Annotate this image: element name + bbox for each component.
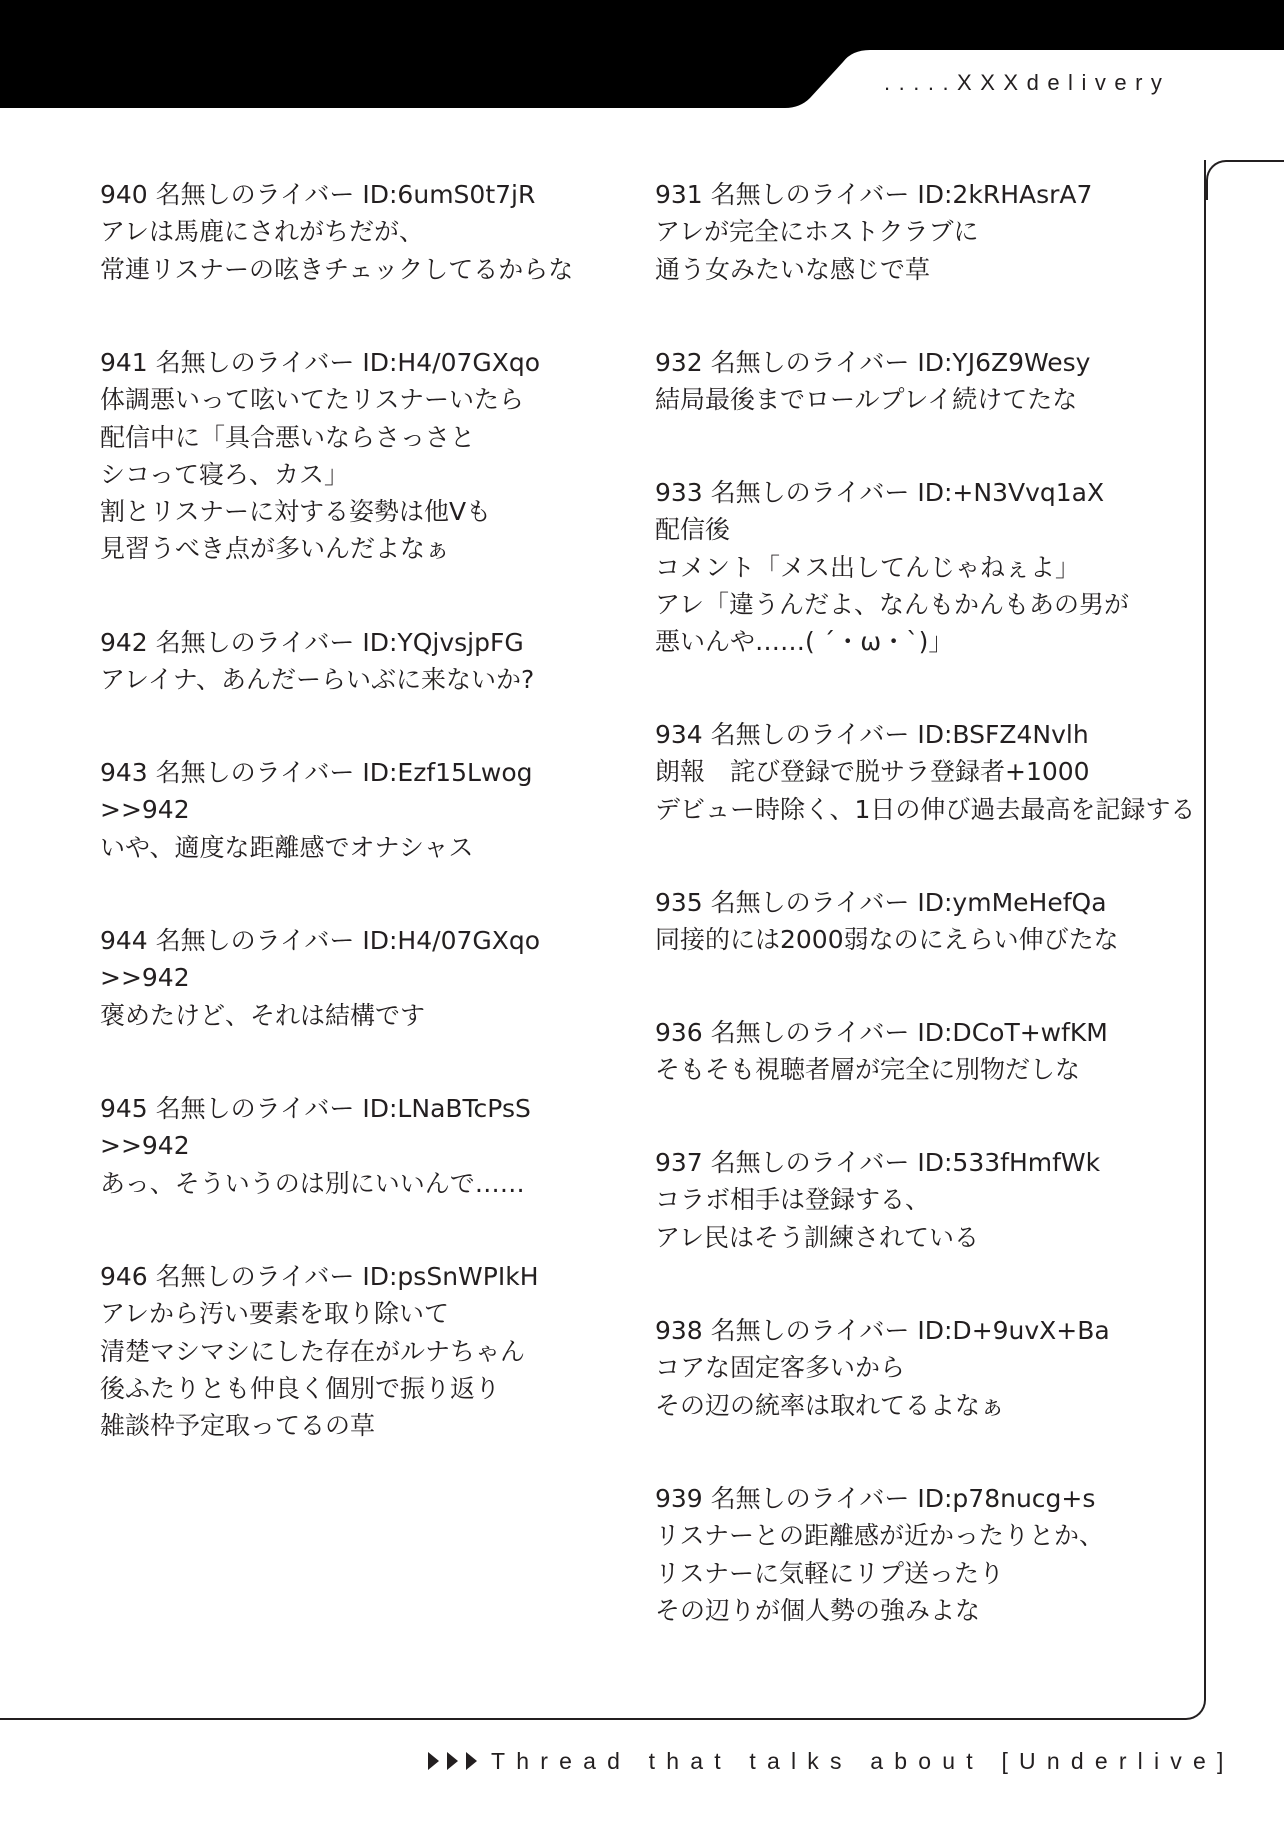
post-body-line: 見習うべき点が多いんだよなぁ xyxy=(100,530,540,567)
page-frame-top-corner xyxy=(1206,160,1284,200)
post-body-line: アレから汚い要素を取り除いて xyxy=(100,1295,539,1332)
post-author: 名無しのライバー xyxy=(711,1148,910,1177)
thread-post: 940 名無しのライバー ID:6umS0t7jRアレは馬鹿にされがちだが、常連… xyxy=(100,176,573,288)
thread-post: 936 名無しのライバー ID:DCoT+wfKMそもそも視聴者層が完全に別物だ… xyxy=(655,1014,1108,1089)
triple-arrow-icon xyxy=(428,1752,477,1770)
header-label: .....XXXdelivery xyxy=(884,70,1170,96)
post-body-line: 配信後 xyxy=(655,511,1129,548)
post-header: 932 名無しのライバー ID:YJ6Z9Wesy xyxy=(655,344,1090,381)
post-body-line: アレ「違うんだよ、なんもかんもあの男が xyxy=(655,586,1129,623)
thread-post: 937 名無しのライバー ID:533fHmfWkコラボ相手は登録する、アレ民は… xyxy=(655,1144,1100,1256)
post-body-line: 朗報 詫び登録で脱サラ登録者+1000 xyxy=(655,753,1195,790)
thread-post: 932 名無しのライバー ID:YJ6Z9Wesy結局最後までロールプレイ続けて… xyxy=(655,344,1090,419)
post-id: ID:533fHmfWk xyxy=(917,1148,1100,1177)
post-id: ID:DCoT+wfKM xyxy=(917,1018,1107,1047)
post-body-line: コアな固定客多いから xyxy=(655,1349,1110,1386)
post-header: 943 名無しのライバー ID:Ezf15Lwog xyxy=(100,754,533,791)
post-body-line: あっ、そういうのは別にいいんで…… xyxy=(100,1165,531,1202)
post-number: 933 xyxy=(655,478,703,507)
post-author: 名無しのライバー xyxy=(156,1262,355,1291)
thread-post: 941 名無しのライバー ID:H4/07GXqo体調悪いって呟いてたリスナーい… xyxy=(100,344,540,568)
post-author: 名無しのライバー xyxy=(711,720,910,749)
post-body-line: 清楚マシマシにした存在がルナちゃん xyxy=(100,1333,539,1370)
thread-post: 934 名無しのライバー ID:BSFZ4Nvlh朗報 詫び登録で脱サラ登録者+… xyxy=(655,716,1195,828)
post-number: 936 xyxy=(655,1018,703,1047)
post-author: 名無しのライバー xyxy=(156,1094,355,1123)
post-body-line: 悪いんや……( ´・ω・`)」 xyxy=(655,623,1129,660)
post-body-line: その辺の統率は取れてるよなぁ xyxy=(655,1387,1110,1424)
post-id: ID:Ezf15Lwog xyxy=(362,758,532,787)
footer-title: Thread that talks about [Underlive] xyxy=(491,1748,1235,1775)
post-header: 939 名無しのライバー ID:p78nucg+s xyxy=(655,1480,1104,1517)
post-id: ID:YQjvsjpFG xyxy=(362,628,523,657)
post-number: 941 xyxy=(100,348,148,377)
post-body-line: アレは馬鹿にされがちだが、 xyxy=(100,213,573,250)
post-number: 946 xyxy=(100,1262,148,1291)
post-header: 945 名無しのライバー ID:LNaBTcPsS xyxy=(100,1090,531,1127)
thread-post: 943 名無しのライバー ID:Ezf15Lwog>>942いや、適度な距離感で… xyxy=(100,754,533,866)
post-author: 名無しのライバー xyxy=(711,180,910,209)
thread-post: 939 名無しのライバー ID:p78nucg+sリスナーとの距離感が近かったり… xyxy=(655,1480,1104,1629)
post-author: 名無しのライバー xyxy=(156,926,355,955)
arrow-right-icon xyxy=(466,1752,477,1770)
post-body-line: 割とリスナーに対する姿勢は他Vも xyxy=(100,493,540,530)
post-body-line: シコって寝ろ、カス」 xyxy=(100,456,540,493)
post-header: 937 名無しのライバー ID:533fHmfWk xyxy=(655,1144,1100,1181)
thread-post: 938 名無しのライバー ID:D+9uvX+Baコアな固定客多いからその辺の統… xyxy=(655,1312,1110,1424)
post-id: ID:BSFZ4Nvlh xyxy=(917,720,1088,749)
post-body-line: その辺りが個人勢の強みよな xyxy=(655,1592,1104,1629)
post-number: 943 xyxy=(100,758,148,787)
post-reply-anchor[interactable]: >>942 xyxy=(100,959,540,996)
post-id: ID:+N3Vvq1aX xyxy=(917,478,1104,507)
post-id: ID:psSnWPIkH xyxy=(362,1262,538,1291)
post-header: 933 名無しのライバー ID:+N3Vvq1aX xyxy=(655,474,1129,511)
post-body-line: 通う女みたいな感じで草 xyxy=(655,251,1092,288)
post-id: ID:YJ6Z9Wesy xyxy=(917,348,1090,377)
post-author: 名無しのライバー xyxy=(156,348,355,377)
post-body-line: アレイナ、あんだーらいぶに来ないか? xyxy=(100,661,534,698)
post-header: 941 名無しのライバー ID:H4/07GXqo xyxy=(100,344,540,381)
thread-post: 933 名無しのライバー ID:+N3Vvq1aX配信後コメント「メス出してんじ… xyxy=(655,474,1129,660)
post-body-line: 同接的には2000弱なのにえらい伸びたな xyxy=(655,921,1119,958)
post-body-line: 結局最後までロールプレイ続けてたな xyxy=(655,381,1090,418)
post-id: ID:H4/07GXqo xyxy=(362,926,540,955)
post-author: 名無しのライバー xyxy=(156,180,355,209)
post-id: ID:ymMeHefQa xyxy=(917,888,1106,917)
post-author: 名無しのライバー xyxy=(156,758,355,787)
post-number: 935 xyxy=(655,888,703,917)
post-number: 942 xyxy=(100,628,148,657)
post-author: 名無しのライバー xyxy=(711,1018,910,1047)
post-author: 名無しのライバー xyxy=(156,628,355,657)
post-id: ID:LNaBTcPsS xyxy=(362,1094,530,1123)
post-body-line: リスナーとの距離感が近かったりとか、 xyxy=(655,1517,1104,1554)
post-number: 944 xyxy=(100,926,148,955)
post-id: ID:H4/07GXqo xyxy=(362,348,540,377)
post-author: 名無しのライバー xyxy=(711,478,910,507)
post-body-line: 褒めたけど、それは結構です xyxy=(100,997,540,1034)
post-body-line: リスナーに気軽にリプ送ったり xyxy=(655,1555,1104,1592)
post-body-line: 体調悪いって呟いてたリスナーいたら xyxy=(100,381,540,418)
post-body-line: そもそも視聴者層が完全に別物だしな xyxy=(655,1051,1108,1088)
post-number: 939 xyxy=(655,1484,703,1513)
post-body-line: コラボ相手は登録する、 xyxy=(655,1181,1100,1218)
post-reply-anchor[interactable]: >>942 xyxy=(100,1127,531,1164)
post-body-line: 常連リスナーの呟きチェックしてるからな xyxy=(100,251,573,288)
post-header: 936 名無しのライバー ID:DCoT+wfKM xyxy=(655,1014,1108,1051)
post-id: ID:6umS0t7jR xyxy=(362,180,535,209)
post-author: 名無しのライバー xyxy=(711,1484,910,1513)
post-header: 946 名無しのライバー ID:psSnWPIkH xyxy=(100,1258,539,1295)
post-header: 942 名無しのライバー ID:YQjvsjpFG xyxy=(100,624,534,661)
post-number: 931 xyxy=(655,180,703,209)
post-id: ID:D+9uvX+Ba xyxy=(917,1316,1109,1345)
footer: Thread that talks about [Underlive] xyxy=(428,1744,1235,1778)
post-header: 944 名無しのライバー ID:H4/07GXqo xyxy=(100,922,540,959)
post-body-line: デビュー時除く、1日の伸び過去最高を記録する xyxy=(655,791,1195,828)
thread-post: 944 名無しのライバー ID:H4/07GXqo>>942褒めたけど、それは結… xyxy=(100,922,540,1034)
post-body-line: コメント「メス出してんじゃねぇよ」 xyxy=(655,549,1129,586)
post-body-line: 雑談枠予定取ってるの草 xyxy=(100,1407,539,1444)
post-header: 935 名無しのライバー ID:ymMeHefQa xyxy=(655,884,1119,921)
arrow-right-icon xyxy=(428,1752,439,1770)
post-header: 940 名無しのライバー ID:6umS0t7jR xyxy=(100,176,573,213)
post-reply-anchor[interactable]: >>942 xyxy=(100,791,533,828)
post-body-line: 後ふたりとも仲良く個別で振り返り xyxy=(100,1370,539,1407)
post-body-line: 配信中に「具合悪いならさっさと xyxy=(100,419,540,456)
thread-post: 946 名無しのライバー ID:psSnWPIkHアレから汚い要素を取り除いて清… xyxy=(100,1258,539,1444)
post-body-line: いや、適度な距離感でオナシャス xyxy=(100,829,533,866)
post-id: ID:p78nucg+s xyxy=(917,1484,1095,1513)
post-body-line: アレ民はそう訓練されている xyxy=(655,1219,1100,1256)
thread-post: 935 名無しのライバー ID:ymMeHefQa同接的には2000弱なのにえら… xyxy=(655,884,1119,959)
post-header: 934 名無しのライバー ID:BSFZ4Nvlh xyxy=(655,716,1195,753)
arrow-right-icon xyxy=(447,1752,458,1770)
post-id: ID:2kRHAsrA7 xyxy=(917,180,1092,209)
post-number: 937 xyxy=(655,1148,703,1177)
thread-post: 931 名無しのライバー ID:2kRHAsrA7アレが完全にホストクラブに通う… xyxy=(655,176,1092,288)
post-number: 934 xyxy=(655,720,703,749)
post-number: 932 xyxy=(655,348,703,377)
post-author: 名無しのライバー xyxy=(711,348,910,377)
post-number: 940 xyxy=(100,180,148,209)
post-number: 938 xyxy=(655,1316,703,1345)
post-author: 名無しのライバー xyxy=(711,888,910,917)
thread-post: 942 名無しのライバー ID:YQjvsjpFGアレイナ、あんだーらいぶに来な… xyxy=(100,624,534,699)
thread-post: 945 名無しのライバー ID:LNaBTcPsS>>942あっ、そういうのは別… xyxy=(100,1090,531,1202)
post-number: 945 xyxy=(100,1094,148,1123)
post-header: 931 名無しのライバー ID:2kRHAsrA7 xyxy=(655,176,1092,213)
post-body-line: アレが完全にホストクラブに xyxy=(655,213,1092,250)
post-author: 名無しのライバー xyxy=(711,1316,910,1345)
post-header: 938 名無しのライバー ID:D+9uvX+Ba xyxy=(655,1312,1110,1349)
